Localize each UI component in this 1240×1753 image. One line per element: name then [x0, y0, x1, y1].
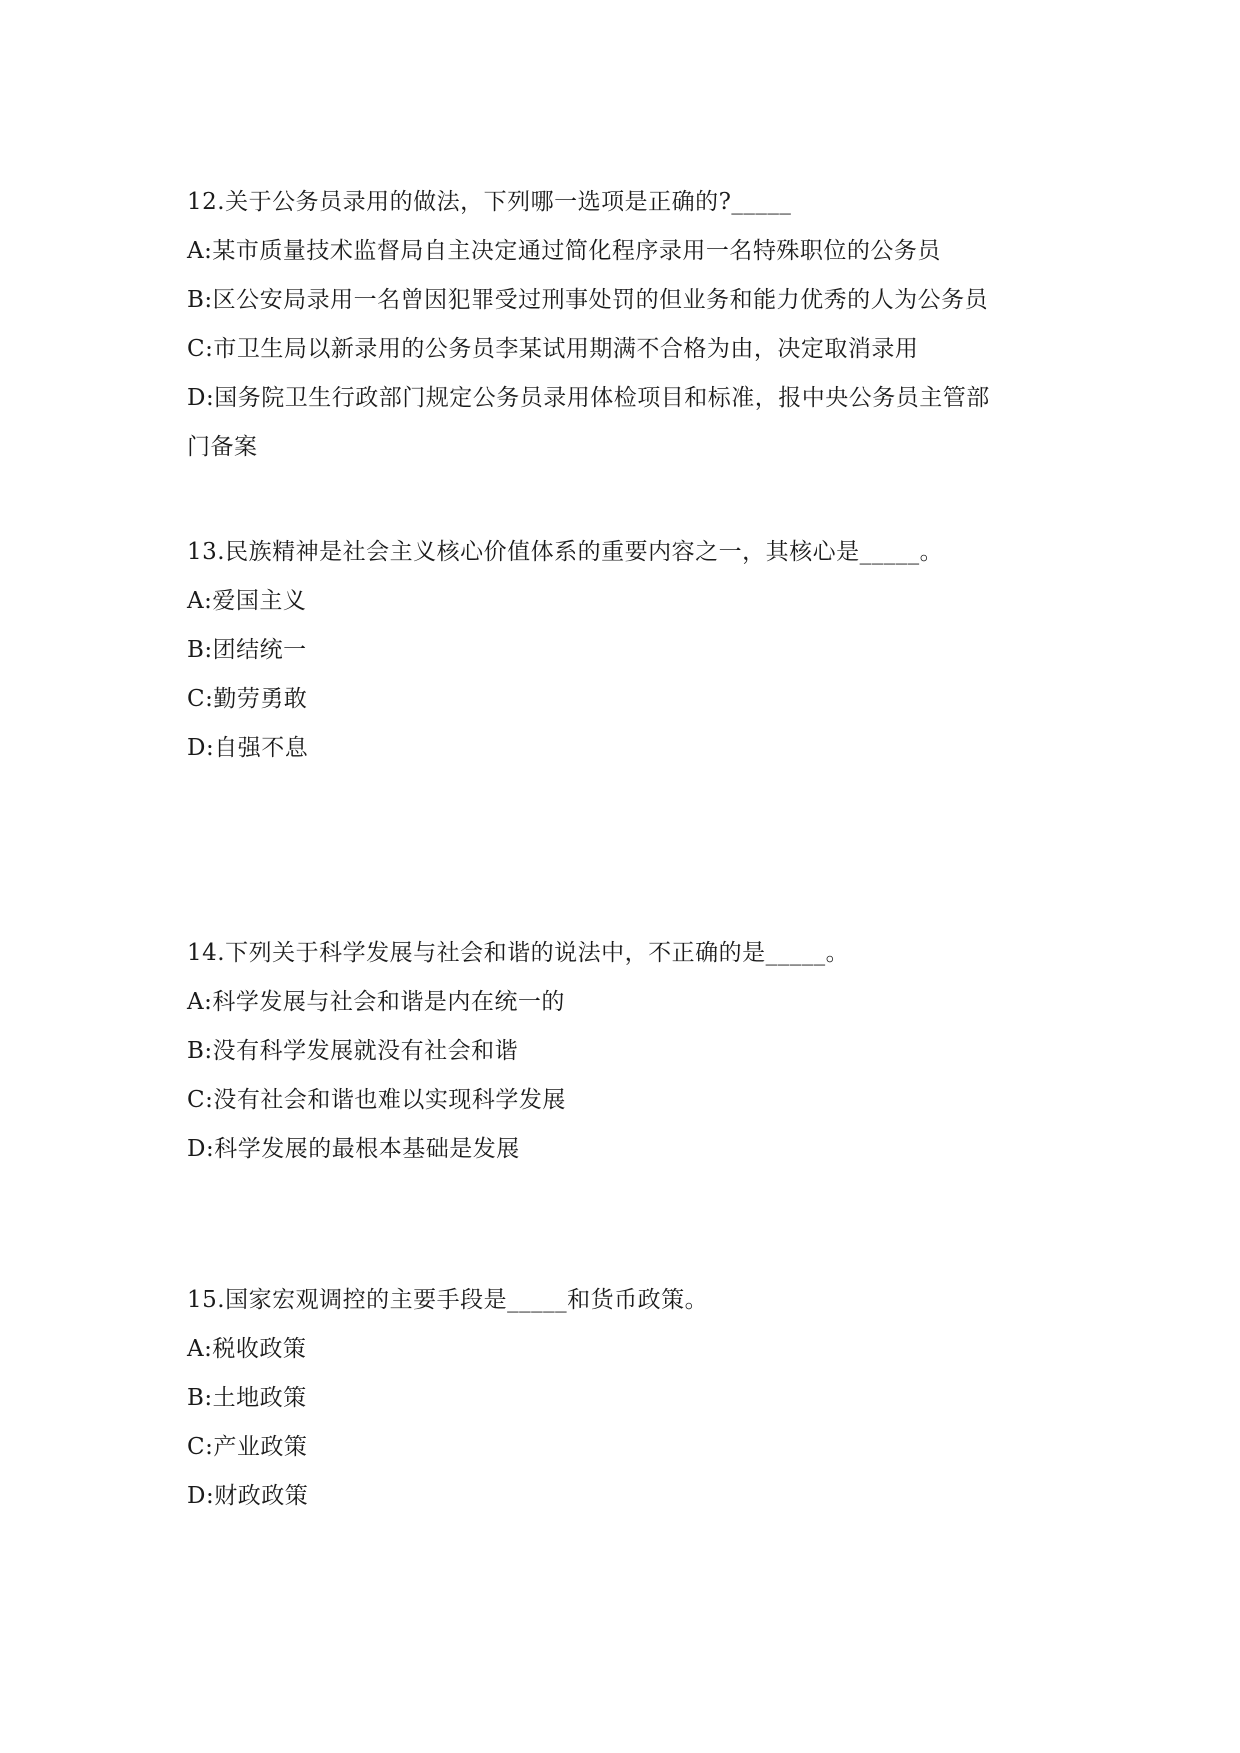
option-b: B: 土地政策: [187, 1374, 1067, 1423]
option-text: 税收政策: [212, 1336, 306, 1362]
option-letter: C:: [187, 1076, 213, 1125]
option-letter: C:: [187, 675, 213, 724]
question-number: 15.: [187, 1287, 225, 1313]
option-letter: D:: [187, 1472, 214, 1521]
option-text: 产业政策: [213, 1434, 307, 1460]
option-a: A: 某市质量技术监督局自主决定通过简化程序录用一名特殊职位的公务员: [187, 227, 1067, 276]
question-number: 13.: [187, 539, 225, 565]
option-d-continuation: 门备案: [187, 423, 1067, 472]
option-text: 科学发展的最根本基础是发展: [214, 1136, 520, 1162]
option-letter: B:: [187, 276, 213, 325]
option-c: C: 勤劳勇敢: [187, 675, 1067, 724]
option-c: C: 产业政策: [187, 1423, 1067, 1472]
question-text: 国家宏观调控的主要手段是_____和货币政策。: [225, 1287, 708, 1313]
option-b: B: 团结统一: [187, 626, 1067, 675]
option-text: 某市质量技术监督局自主决定通过简化程序录用一名特殊职位的公务员: [212, 238, 941, 264]
question-stem: 15.国家宏观调控的主要手段是_____和货币政策。: [187, 1276, 1067, 1325]
option-a: A: 税收政策: [187, 1325, 1067, 1374]
question-number: 14.: [187, 940, 225, 966]
option-a: A: 科学发展与社会和谐是内在统一的: [187, 978, 1067, 1027]
option-text: 市卫生局以新录用的公务员李某试用期满不合格为由，决定取消录用: [213, 336, 918, 362]
option-d: D: 科学发展的最根本基础是发展: [187, 1125, 1067, 1174]
option-d: D: 国务院卫生行政部门规定公务员录用体检项目和标准，报中央公务员主管部: [187, 374, 1067, 423]
option-letter: B:: [187, 626, 213, 675]
option-letter: D:: [187, 724, 214, 773]
option-text: 土地政策: [213, 1385, 307, 1411]
option-letter: A:: [187, 577, 212, 626]
option-text: 国务院卫生行政部门规定公务员录用体检项目和标准，报中央公务员主管部: [214, 385, 990, 411]
option-letter: D:: [187, 374, 214, 423]
option-d: D: 自强不息: [187, 724, 1067, 773]
option-letter: C:: [187, 1423, 213, 1472]
question-stem: 13.民族精神是社会主义核心价值体系的重要内容之一，其核心是_____。: [187, 528, 1067, 577]
question-14: 14.下列关于科学发展与社会和谐的说法中，不正确的是_____。 A: 科学发展…: [187, 929, 1067, 1174]
option-text: 科学发展与社会和谐是内在统一的: [212, 989, 565, 1015]
question-12: 12.关于公务员录用的做法，下列哪一选项是正确的?_____ A: 某市质量技术…: [187, 178, 1067, 472]
option-text: 爱国主义: [212, 588, 306, 614]
option-d: D: 财政政策: [187, 1472, 1067, 1521]
option-letter: C:: [187, 325, 213, 374]
option-text: 没有社会和谐也难以实现科学发展: [213, 1087, 566, 1113]
option-text: 财政政策: [214, 1483, 308, 1509]
option-text: 勤劳勇敢: [213, 686, 307, 712]
option-text: 没有科学发展就没有社会和谐: [213, 1038, 519, 1064]
option-b: B: 没有科学发展就没有社会和谐: [187, 1027, 1067, 1076]
option-letter: D:: [187, 1125, 214, 1174]
question-text: 民族精神是社会主义核心价值体系的重要内容之一，其核心是_____。: [225, 539, 943, 565]
option-text: 区公安局录用一名曾因犯罪受过刑事处罚的但业务和能力优秀的人为公务员: [213, 287, 989, 313]
option-a: A: 爱国主义: [187, 577, 1067, 626]
question-text: 下列关于科学发展与社会和谐的说法中，不正确的是_____。: [225, 940, 849, 966]
option-c: C: 市卫生局以新录用的公务员李某试用期满不合格为由，决定取消录用: [187, 325, 1067, 374]
option-letter: A:: [187, 1325, 212, 1374]
document-page: 12.关于公务员录用的做法，下列哪一选项是正确的?_____ A: 某市质量技术…: [0, 0, 1240, 1753]
option-letter: A:: [187, 227, 212, 276]
option-text-continuation: 门备案: [187, 434, 258, 460]
option-text: 自强不息: [214, 735, 308, 761]
question-text: 关于公务员录用的做法，下列哪一选项是正确的?_____: [225, 189, 791, 215]
option-b: B: 区公安局录用一名曾因犯罪受过刑事处罚的但业务和能力优秀的人为公务员: [187, 276, 1067, 325]
question-13: 13.民族精神是社会主义核心价值体系的重要内容之一，其核心是_____。 A: …: [187, 528, 1067, 773]
question-15: 15.国家宏观调控的主要手段是_____和货币政策。 A: 税收政策 B: 土地…: [187, 1276, 1067, 1521]
option-letter: A:: [187, 978, 212, 1027]
option-letter: B:: [187, 1374, 213, 1423]
question-number: 12.: [187, 189, 225, 215]
option-c: C: 没有社会和谐也难以实现科学发展: [187, 1076, 1067, 1125]
option-text: 团结统一: [213, 637, 307, 663]
option-letter: B:: [187, 1027, 213, 1076]
question-stem: 14.下列关于科学发展与社会和谐的说法中，不正确的是_____。: [187, 929, 1067, 978]
question-stem: 12.关于公务员录用的做法，下列哪一选项是正确的?_____: [187, 178, 1067, 227]
